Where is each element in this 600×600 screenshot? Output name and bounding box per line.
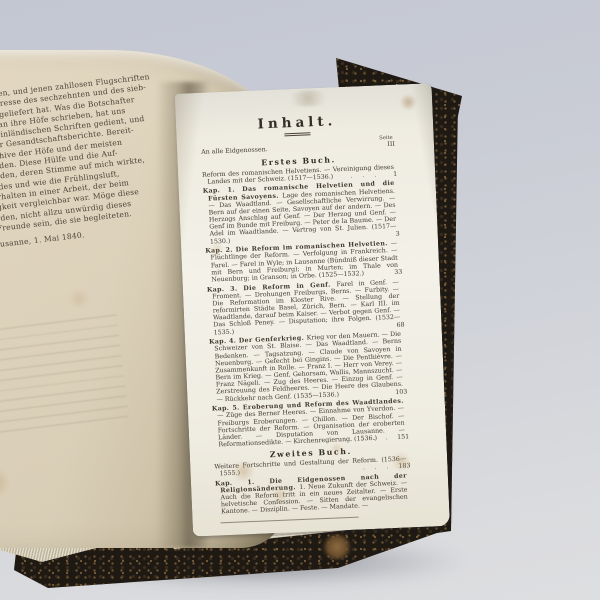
toc-page-number: 183: [403, 462, 410, 469]
toc-page-number: 103: [400, 388, 407, 395]
toc-row-text: An alle Eidgenossen.: [201, 146, 268, 157]
dot-leader: . . .: [356, 171, 381, 179]
title-rule: [284, 132, 310, 136]
foxing-spot: [0, 470, 12, 496]
dot-leader: . . .: [368, 463, 393, 471]
foxing-spot: [285, 89, 332, 107]
toc-entry: Kap. 1. Die Eidgenossen nach der Religio…: [215, 472, 410, 516]
foxing-spot: [68, 290, 90, 308]
book-photo: en Memoiren, und jenen zahllosen Flugsch…: [0, 0, 600, 600]
toc-entry: Kap. 1. Das romanische Helvetien und die…: [203, 180, 399, 245]
toc-page-number: III: [387, 141, 395, 149]
page-showthrough: [0, 308, 129, 439]
worn-cover-corner: [322, 534, 352, 560]
foxing-spot: [399, 94, 418, 111]
toc-entry: Kap. 5. Eroberung und Reform des Waadtla…: [212, 398, 408, 449]
toc-page-number: 68: [401, 321, 404, 328]
toc-page-number: 33: [399, 268, 402, 275]
toc-entry: Kap. 3. Die Reform in Genf. Farel in Gen…: [207, 278, 403, 336]
page-title: Inhalt.: [200, 111, 394, 135]
table-of-contents: Inhalt. Seite An alle Eidgenossen.IIIErs…: [200, 111, 411, 524]
toc-sections: An alle Eidgenossen.IIIErstes Buch.Refor…: [201, 141, 410, 516]
toc-entry: Kap. 4. Der Genferkrieg. Krieg vor den M…: [209, 331, 406, 403]
right-page: Inhalt. Seite An alle Eidgenossen.IIIErs…: [175, 83, 450, 536]
dot-leader: . . . .: [355, 434, 392, 443]
toc-page-number: 151: [402, 433, 409, 440]
toc-entry: Kap. 2. Die Reform im romanischen Helvet…: [205, 240, 400, 284]
section-end-rule: [221, 517, 359, 524]
